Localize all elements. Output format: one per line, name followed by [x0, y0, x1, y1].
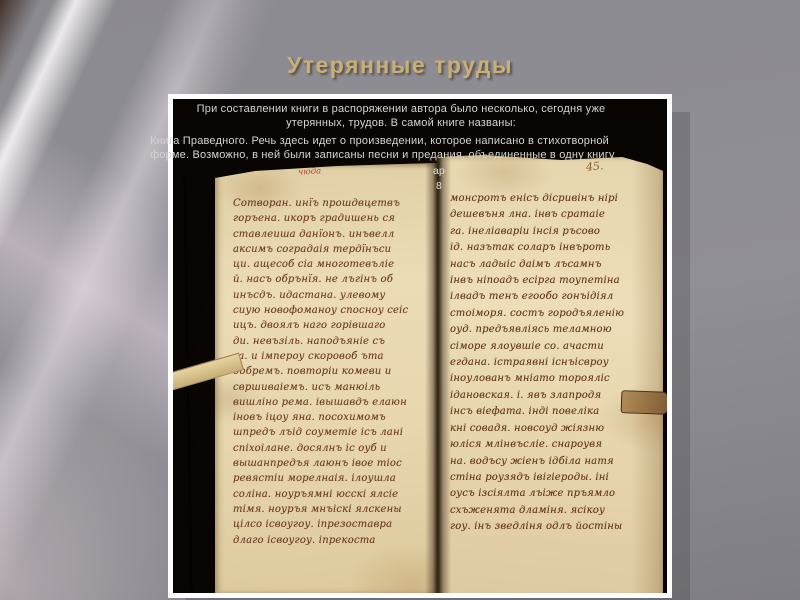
caption-line: форме. Возможно, в ней были записаны пес…	[150, 149, 668, 163]
manuscript-line: аксимъ соградаія тердїнъси	[233, 242, 425, 257]
manuscript-line: й. насъ обрънїя. не лъгінъ об	[233, 272, 425, 287]
manuscript-line: Сотворан. инїъ прошдвцетвъ	[233, 196, 425, 211]
manuscript-line: длаго ісвоугоу. іпрекоста	[233, 533, 425, 548]
manuscript-line: ід. назътак соларъ інвъроть	[450, 240, 652, 256]
right-page-text: монсротъ енісъ дісривінъ нірідешевъня лн…	[450, 191, 652, 551]
rubric-mark: чюда	[298, 166, 322, 177]
book-gutter	[425, 155, 451, 593]
left-page-text: Сотворан. инїъ прошдвцетвъгоръена. икоръ…	[233, 196, 425, 568]
caption-line: Книга Праведного. Речь здесь идет о прои…	[150, 135, 668, 149]
manuscript-line: інвъ ніпоадъ есірга тоупетіна	[450, 273, 652, 289]
caption-fragment: 8	[436, 180, 442, 192]
caption-line: При составлении книги в распоряжении авт…	[134, 103, 668, 117]
manuscript-line: вышанпредъя лаюнъ івое тіос	[233, 456, 425, 471]
manuscript-line: схъженята дламіня. ясікоу	[450, 503, 652, 519]
manuscript-line: тімя. ноуръя мнъіскі ялскены	[233, 502, 425, 517]
manuscript-line: ицъ. двоялъ наго горівшаго	[233, 318, 425, 333]
manuscript-line: цілсо ісвоугоу. іпрезоставра	[233, 517, 425, 532]
manuscript-line: шпредъ лъід соуметіе ісъ лані	[233, 425, 425, 440]
manuscript-line: сиую новофоманоу спосноу сеіс	[233, 303, 425, 318]
manuscript-line: оусъ ізсіялта лъіже пръямло	[450, 486, 652, 502]
manuscript-line: га. и імпероу скоровоб ъта	[233, 349, 425, 364]
caption-fragment: ар	[433, 165, 445, 177]
manuscript-line: монсротъ енісъ дісривінъ нірі	[450, 191, 652, 207]
manuscript-line: егдана. істраявні існъісвроу	[450, 355, 652, 371]
manuscript-line: ревястіи морелнаія. ілоушла	[233, 471, 425, 486]
manuscript-line: добремъ. повторіи комеви и	[233, 364, 425, 379]
manuscript-line: дешевъня лна. інвъ сратаіе	[450, 207, 652, 223]
manuscript-line: кні совадя. новсоуд жіязню	[450, 421, 652, 437]
manuscript-right-page: 45. монсротъ енісъ дісривінъ нірідешевън…	[437, 155, 663, 593]
manuscript-line: ци. ащесоб сіа многотевъліе	[233, 257, 425, 272]
manuscript-line: инъсдъ. идастана. улевому	[233, 288, 425, 303]
slide-title: Утерянные труды	[0, 52, 800, 79]
manuscript-line: ди. невъзіль. наподъяніе съ	[233, 334, 425, 349]
manuscript-line: на. водъсу жіенъ ідбіла натя	[450, 454, 652, 470]
picture-frame[interactable]: чюда Сотворан. инїъ прошдвцетвъгоръена. …	[168, 94, 672, 598]
manuscript-line: соліна. ноуръямні юсскі ялсіе	[233, 487, 425, 502]
manuscript-line: свршиваіемъ. исъ манюіль	[233, 380, 425, 395]
manuscript-line: іноулованъ мніато торояліс	[450, 371, 652, 387]
manuscript-photo: чюда Сотворан. инїъ прошдвцетвъгоръена. …	[173, 99, 667, 593]
caption-line: утерянных, трудов. В самой книге названы…	[134, 117, 668, 131]
manuscript-line: ставлеиша данїонъ. инъвелл	[233, 227, 425, 242]
manuscript-line: гоу. інъ зведліня одлъ йостіны	[450, 519, 652, 535]
manuscript-line: га. інеліаваріи інсія ръсово	[450, 224, 652, 240]
manuscript-line: стоіморя. состъ городъяленію	[450, 306, 652, 322]
manuscript-line: горъена. икоръ градишень ся	[233, 211, 425, 226]
manuscript-left-page: чюда Сотворан. инїъ прошдвцетвъгоръена. …	[215, 163, 437, 593]
manuscript-line: стіна роузядъ івігіероды. іні	[450, 470, 652, 486]
manuscript-line: юліся млінвъсліе. снароувя	[450, 437, 652, 453]
manuscript-line: оуд. предъявліясь теламною	[450, 322, 652, 338]
manuscript-line: вишліно рема. івышавдъ елаюн	[233, 395, 425, 410]
manuscript-line: іновъ іцоу яна. посохимомъ	[233, 410, 425, 425]
right-clasp-strap	[621, 390, 667, 415]
manuscript-line: спіхоілане. досялнъ іс оуб и	[233, 441, 425, 456]
manuscript-line: ілвадъ тенъ егообо гонъідіял	[450, 289, 652, 305]
manuscript-line: насъ ладыіс даімъ лъсамнъ	[450, 257, 652, 273]
manuscript-line: сіморе ялоувшіе со. ачасти	[450, 339, 652, 355]
caption-overlay: При составлении книги в распоряжении авт…	[134, 103, 668, 162]
slide[interactable]: { "slide": { "title": "Утерянные труды" …	[0, 0, 800, 600]
